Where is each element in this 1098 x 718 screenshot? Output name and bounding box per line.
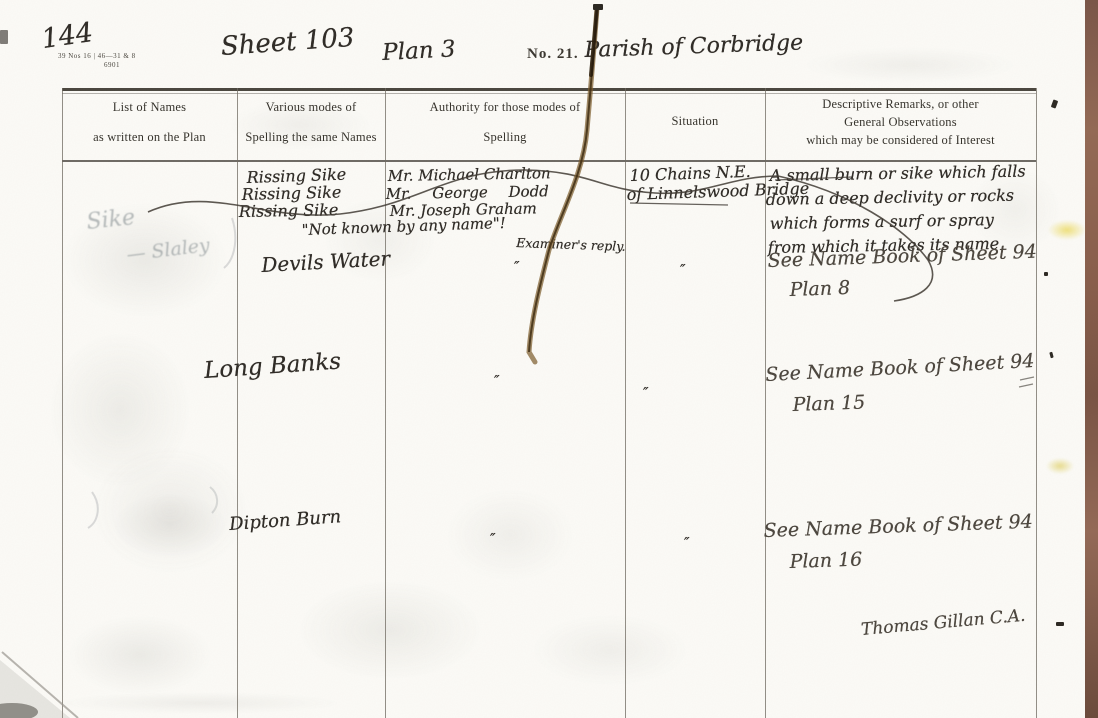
- paper-stain-yellow: [1046, 458, 1074, 474]
- remarks-line: down a deep declivity or rocks: [766, 186, 1015, 209]
- plan-number: Plan 3: [382, 36, 457, 66]
- ditto-mark: ″: [490, 530, 496, 548]
- pencil-squiggle: [224, 218, 235, 268]
- pencil-margin-note: — Slaley: [125, 234, 211, 266]
- ink-speck: [1044, 272, 1048, 276]
- folio-number: 144: [40, 17, 95, 55]
- col-header-spelling-line1: Various modes of: [237, 100, 385, 115]
- corner-smudge: [0, 703, 38, 718]
- pencil-squiggle: [210, 487, 217, 513]
- paper-blotch: [0, 688, 400, 718]
- paper-stain-yellow: [1048, 220, 1086, 240]
- paper-blotch: [90, 480, 250, 570]
- col-header-authority-line2: Spelling: [385, 130, 625, 145]
- table-vertical-line: [237, 88, 238, 718]
- paper-blotch: [20, 300, 220, 520]
- remarks-line: See Name Book of Sheet 94: [763, 511, 1033, 542]
- parish-name: Parish of Corbridge: [584, 30, 803, 63]
- name-entry: Dipton Burn: [229, 506, 342, 535]
- col-header-remarks-line2: General Observations: [765, 115, 1036, 130]
- col-header-authority-line1: Authority for those modes of: [385, 100, 625, 115]
- ink-speck: [1049, 352, 1053, 359]
- col-header-spelling-line2: Spelling the same Names: [237, 130, 385, 145]
- name-entry: Devils Water: [261, 246, 391, 277]
- print-code-line2: 6901: [104, 61, 120, 69]
- table-top-border: [62, 88, 1036, 91]
- ink-speck: [0, 30, 8, 44]
- pencil-squiggle: [88, 492, 98, 528]
- ink-speck: [593, 4, 603, 10]
- remarks-line: A small burn or sike which falls: [770, 162, 1026, 185]
- page-fold: [0, 660, 70, 718]
- col-header-remarks-line3: which may be considered of Interest: [765, 133, 1036, 148]
- name-entry: Long Banks: [203, 348, 342, 384]
- ink-speck: [1051, 99, 1058, 108]
- ditto-mark: ″: [514, 258, 520, 276]
- remarks-line: See Name Book of Sheet 94: [765, 350, 1035, 386]
- paper-blotch: [40, 600, 240, 710]
- table-vertical-line: [62, 88, 63, 718]
- examiner-signature: Thomas Gillan C.A.: [860, 606, 1026, 640]
- pencil-margin-note: Sike: [85, 205, 136, 235]
- remarks-line: Plan 15: [792, 391, 865, 416]
- table-vertical-line: [625, 88, 626, 718]
- page-edge-binding: [1085, 0, 1098, 718]
- table-vertical-line: [385, 88, 386, 718]
- spelling-entry: Rissing Sike: [239, 200, 339, 221]
- header-separator-line: [62, 160, 1036, 162]
- sheet-number: Sheet 103: [220, 23, 355, 62]
- examiners-reply-note: Examiner's reply.: [516, 235, 626, 254]
- ink-speck: [1056, 622, 1064, 626]
- remarks-line: Plan 16: [789, 548, 862, 573]
- table-top-border-inner: [62, 93, 1036, 94]
- ditto-mark: ″: [684, 534, 690, 552]
- print-code-line1: 39 Nos 16 | 46—31 & 8: [58, 52, 136, 60]
- ditto-mark: ″: [643, 384, 649, 402]
- paper-blotch: [420, 470, 600, 600]
- paper-blotch: [760, 40, 1060, 90]
- paper-blotch: [60, 420, 280, 600]
- ditto-mark: ″: [494, 372, 500, 390]
- paper-blotch: [260, 560, 520, 700]
- scanned-name-book-page: 144 39 Nos 16 | 46—31 & 8 6901 Sheet 103…: [0, 0, 1098, 718]
- page-fold-crease: [2, 652, 78, 718]
- margin-mark: [1019, 377, 1034, 387]
- ditto-mark: ″: [680, 261, 686, 279]
- col-header-names-line1: List of Names: [62, 100, 237, 115]
- paper-blotch: [500, 600, 720, 700]
- remarks-line: which forms a surf or spray: [770, 210, 994, 233]
- table-vertical-line: [1036, 88, 1037, 718]
- col-header-names-line2: as written on the Plan: [62, 130, 237, 145]
- col-header-remarks-line1: Descriptive Remarks, or other: [765, 97, 1036, 112]
- col-header-situation: Situation: [625, 114, 765, 129]
- remarks-line: Plan 8: [789, 277, 850, 301]
- page-number-label: No. 21.: [527, 46, 579, 63]
